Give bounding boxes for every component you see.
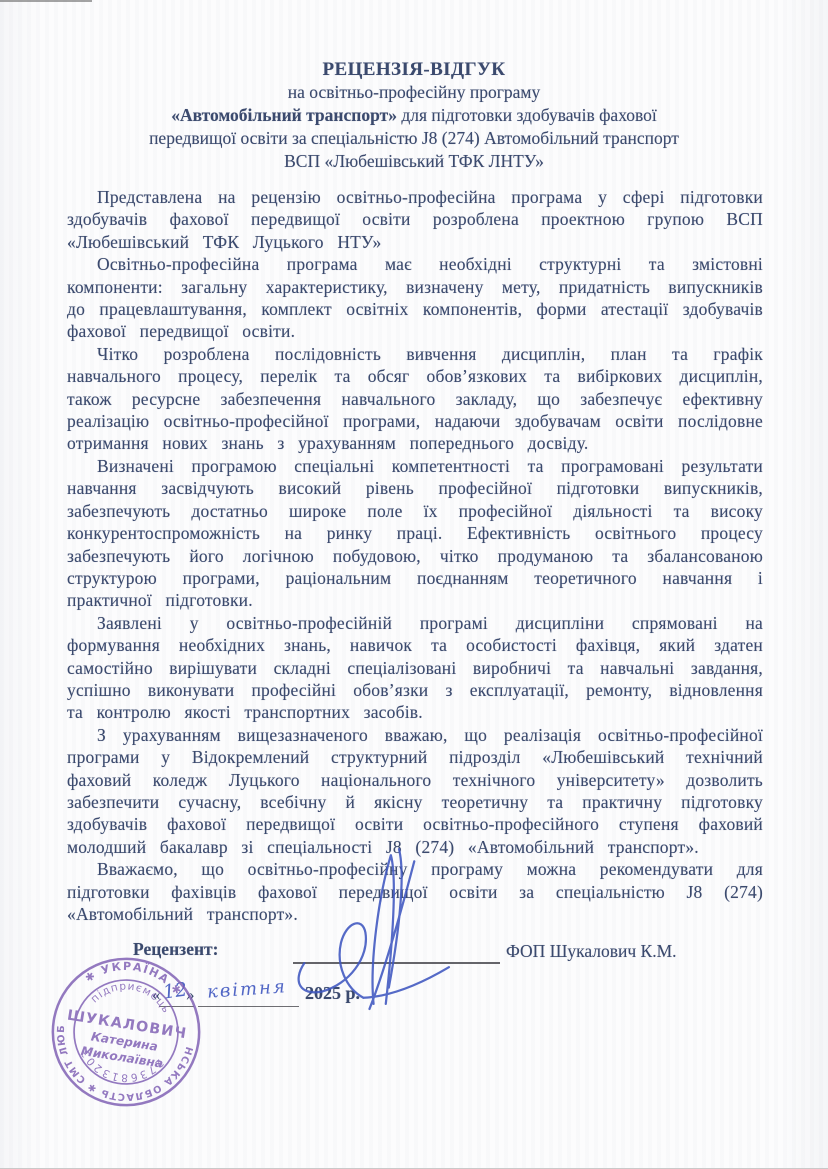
svg-text:ВОЛИНСЬКА ОБЛАСТЬ ✱ СМТ ЛЮБЕШІ: ВОЛИНСЬКА ОБЛАСТЬ ✱ СМТ ЛЮБЕШІВ: [5, 911, 213, 1112]
review-paragraph: Чітко розроблена послідовність вивчення …: [67, 343, 763, 455]
document-title: РЕЦЕНЗІЯ-ВІДГУК: [67, 58, 761, 81]
signature-ink: [283, 843, 458, 1011]
review-paragraph: Представлена на рецензію освітньо-профес…: [67, 186, 763, 253]
document-title-block: РЕЦЕНЗІЯ-ВІДГУК на освітньо-професійну п…: [67, 58, 761, 173]
review-paragraph: Освітньо-професійна програма має необхід…: [67, 253, 763, 343]
title-subline-3: передвищої освіти за спеціальністю J8 (2…: [67, 127, 761, 150]
reviewer-name: ФОП Шукалович К.М.: [506, 941, 677, 962]
scanned-review-document: РЕЦЕНЗІЯ-ВІДГУК на освітньо-професійну п…: [0, 0, 828, 1169]
title-subline-2: «Автомобільний транспорт» для підготовки…: [67, 104, 761, 127]
title-subline-1: на освітньо-професійну програму: [67, 81, 761, 104]
scan-edge-artifact: [0, 0, 92, 2]
review-body: Представлена на рецензію освітньо-профес…: [67, 186, 763, 925]
program-name: «Автомобільний транспорт»: [171, 105, 397, 125]
stamp-ring-bottom-text: ВОЛИНСЬКА ОБЛАСТЬ ✱ СМТ ЛЮБЕШІВ: [5, 911, 213, 1112]
entrepreneur-stamp: ✱ УКРАЇНА ✱ ВОЛИНСЬКА ОБЛАСТЬ ✱ СМТ ЛЮБЕ…: [5, 911, 248, 1154]
title-subline-2-rest: для підготовки здобувачів фахової: [397, 105, 657, 125]
title-subline-4: ВСП «Любешівський ТФК ЛНТУ»: [67, 150, 761, 173]
review-paragraph: Заявлені у освітньо-професійній програмі…: [67, 612, 763, 724]
review-paragraph: Визначені програмою спеціальні компетент…: [67, 455, 763, 612]
review-paragraph: З урахуванням вищезазначеного вважаю, що…: [67, 724, 763, 858]
